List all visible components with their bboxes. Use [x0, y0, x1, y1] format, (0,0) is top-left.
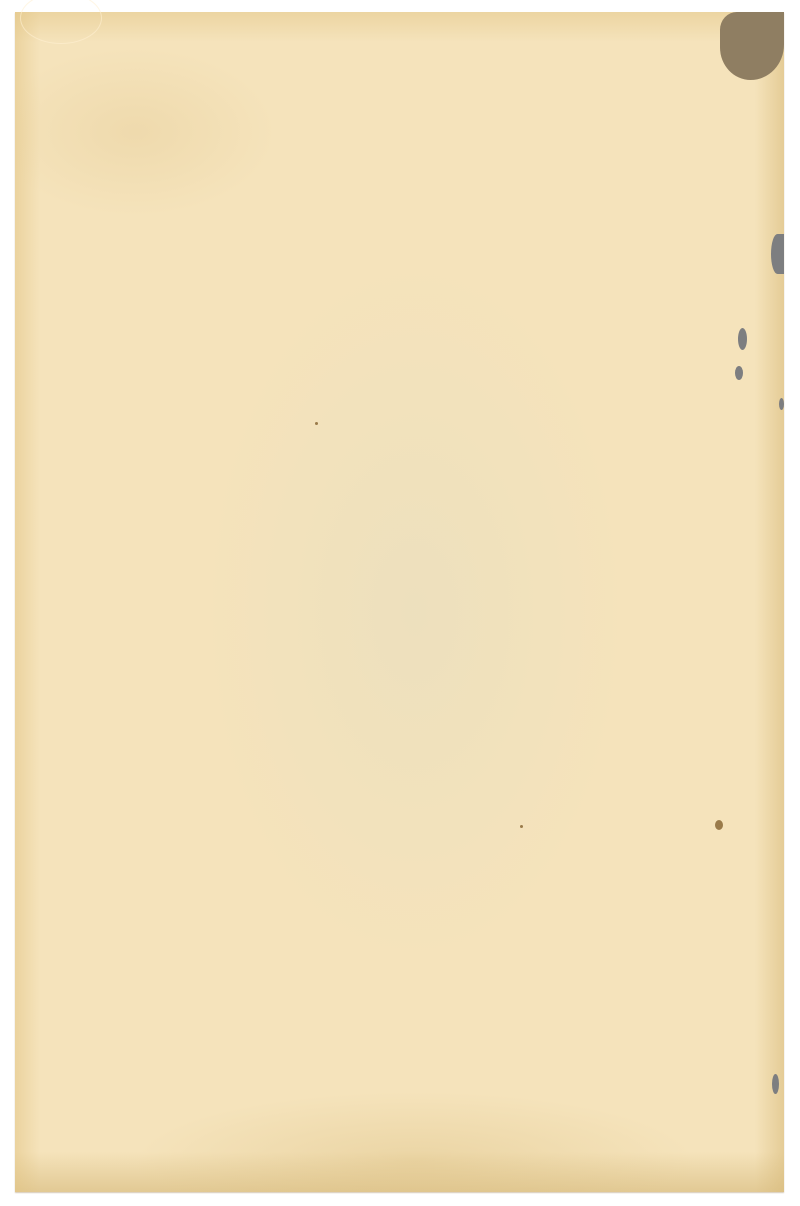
speck	[315, 422, 318, 425]
edge-spot	[772, 1074, 779, 1094]
edge-spot	[771, 234, 784, 274]
edge-spot	[738, 328, 747, 350]
paper-sheet	[15, 12, 784, 1192]
corner-stain	[720, 12, 784, 80]
edge-spot	[735, 366, 743, 380]
ring-mark	[20, 0, 102, 44]
speck	[715, 820, 723, 830]
edge-spot	[779, 398, 784, 410]
speck	[520, 825, 523, 828]
